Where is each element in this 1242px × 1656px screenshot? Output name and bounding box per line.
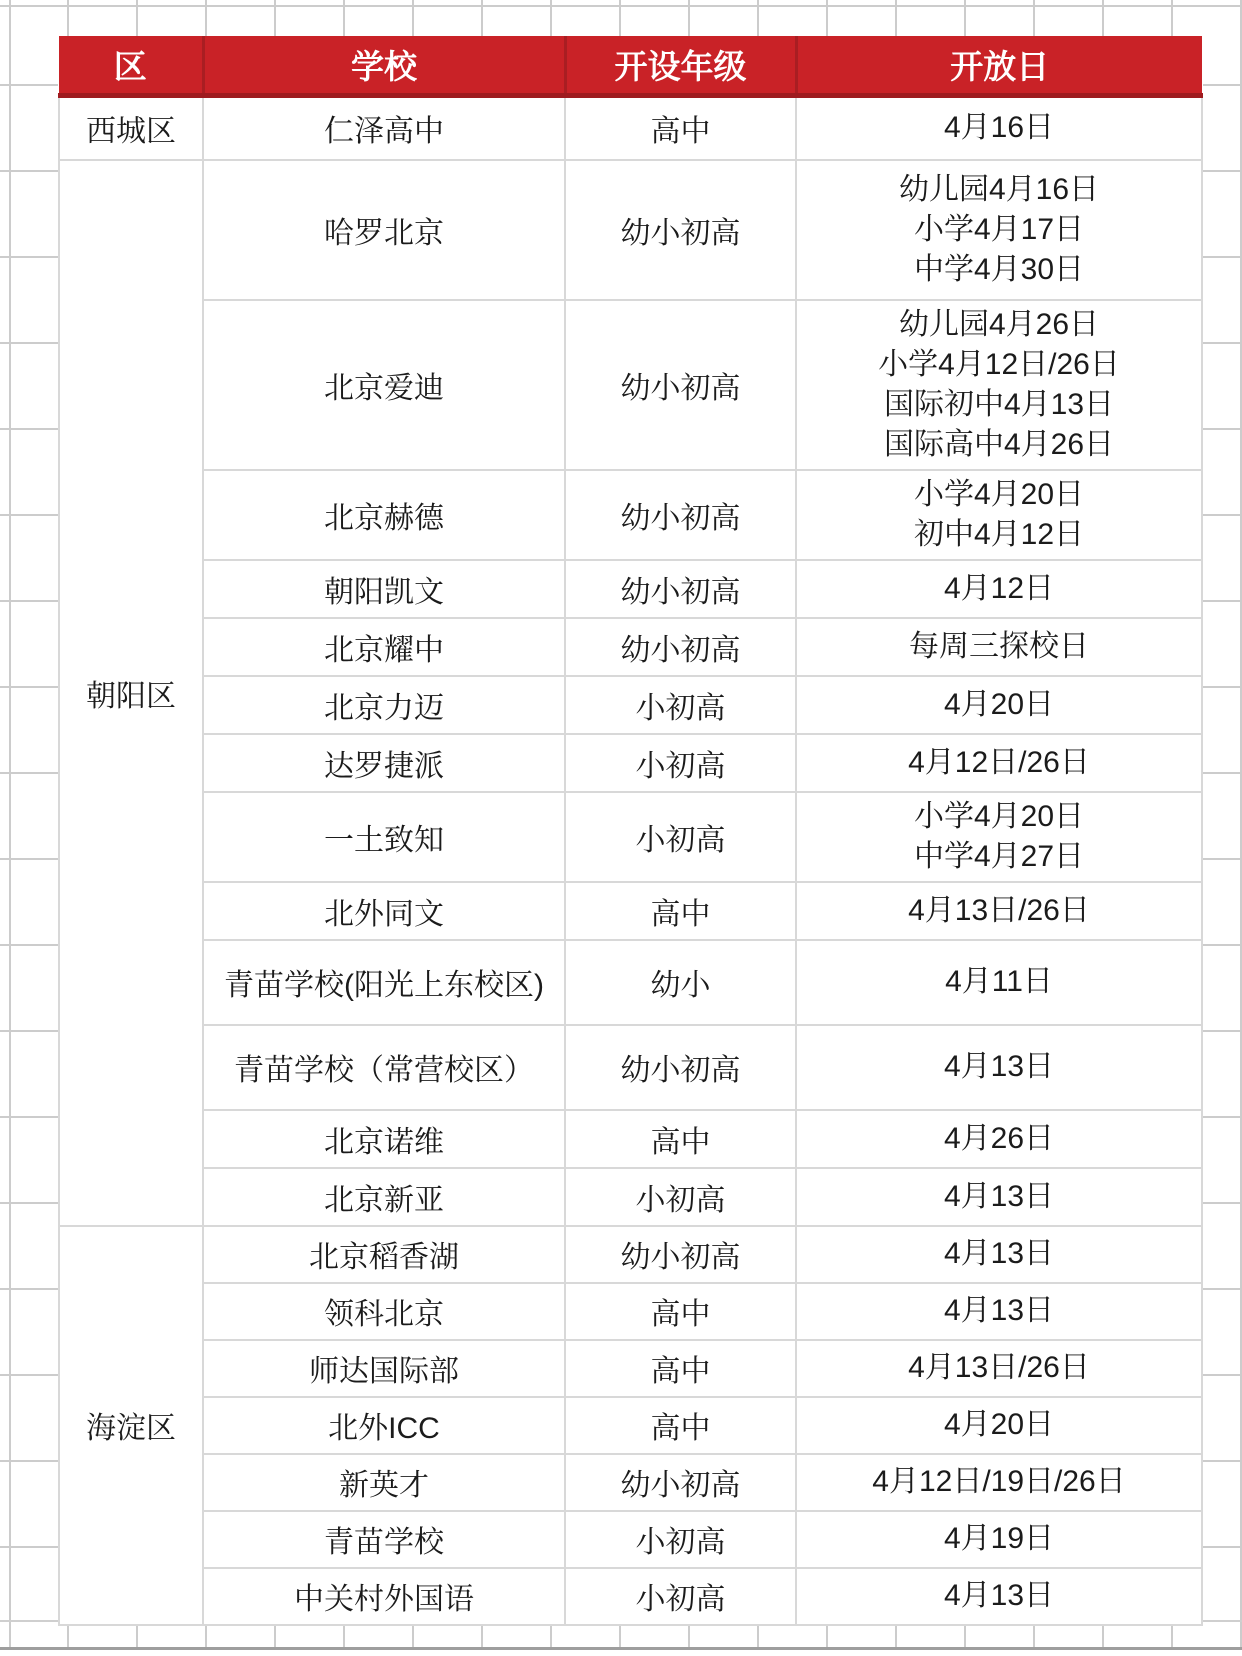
school-cell: 哈罗北京 xyxy=(203,160,565,300)
grades-cell: 小初高 xyxy=(565,1168,796,1226)
dates-cell: 4月12日 xyxy=(796,560,1202,618)
grades-cell: 小初高 xyxy=(565,734,796,792)
spreadsheet-grid-top-line xyxy=(0,5,1242,7)
dates-cell: 4月13日/26日 xyxy=(796,1340,1202,1397)
dates-cell: 4月13日 xyxy=(796,1025,1202,1110)
school-cell: 北京诺维 xyxy=(203,1110,565,1168)
grades-cell: 幼小初高 xyxy=(565,300,796,470)
grades-cell: 高中 xyxy=(565,1340,796,1397)
school-cell: 北京新亚 xyxy=(203,1168,565,1226)
table-row: 达罗捷派 小初高 4月12日/26日 xyxy=(59,734,1202,792)
grades-cell: 幼小初高 xyxy=(565,160,796,300)
school-cell: 朝阳凯文 xyxy=(203,560,565,618)
table-row: 北京新亚 小初高 4月13日 xyxy=(59,1168,1202,1226)
school-cell: 新英才 xyxy=(203,1454,565,1511)
district-cell: 朝阳区 xyxy=(59,160,203,1226)
dates-cell: 4月13日 xyxy=(796,1226,1202,1283)
dates-cell: 4月12日/19日/26日 xyxy=(796,1454,1202,1511)
table-row: 朝阳区 哈罗北京 幼小初高 幼儿园4月16日 小学4月17日 中学4月30日 xyxy=(59,160,1202,300)
table-row: 一土致知 小初高 小学4月20日 中学4月27日 xyxy=(59,792,1202,882)
school-open-day-table-container: 区 学校 开设年级 开放日 西城区 仁泽高中 高中 4月16日 朝阳区 哈罗北京… xyxy=(58,36,1203,1626)
table-row: 北外同文 高中 4月13日/26日 xyxy=(59,882,1202,940)
grades-cell: 小初高 xyxy=(565,792,796,882)
grades-cell: 幼小初高 xyxy=(565,1226,796,1283)
school-cell: 北外同文 xyxy=(203,882,565,940)
dates-cell: 小学4月20日 初中4月12日 xyxy=(796,470,1202,560)
header-row: 区 学校 开设年级 开放日 xyxy=(59,36,1202,96)
dates-cell: 4月13日 xyxy=(796,1283,1202,1340)
column-header-school: 学校 xyxy=(203,36,565,96)
school-cell: 中关村外国语 xyxy=(203,1568,565,1625)
school-cell: 青苗学校(阳光上东校区) xyxy=(203,940,565,1025)
table-row: 西城区 仁泽高中 高中 4月16日 xyxy=(59,96,1202,160)
grades-cell: 小初高 xyxy=(565,1511,796,1568)
table-row: 北外ICC 高中 4月20日 xyxy=(59,1397,1202,1454)
grades-cell: 高中 xyxy=(565,96,796,160)
table-row: 青苗学校 小初高 4月19日 xyxy=(59,1511,1202,1568)
table-row: 青苗学校(阳光上东校区) 幼小 4月11日 xyxy=(59,940,1202,1025)
table-row: 领科北京 高中 4月13日 xyxy=(59,1283,1202,1340)
school-cell: 青苗学校（常营校区） xyxy=(203,1025,565,1110)
table-row: 北京诺维 高中 4月26日 xyxy=(59,1110,1202,1168)
dates-cell: 4月20日 xyxy=(796,1397,1202,1454)
dates-cell: 幼儿园4月26日 小学4月12日/26日 国际初中4月13日 国际高中4月26日 xyxy=(796,300,1202,470)
table-row: 北京耀中 幼小初高 每周三探校日 xyxy=(59,618,1202,676)
dates-cell: 4月26日 xyxy=(796,1110,1202,1168)
grades-cell: 小初高 xyxy=(565,1568,796,1625)
school-cell: 一土致知 xyxy=(203,792,565,882)
grades-cell: 幼小初高 xyxy=(565,1454,796,1511)
grades-cell: 高中 xyxy=(565,1283,796,1340)
column-header-open-day: 开放日 xyxy=(796,36,1202,96)
column-header-district: 区 xyxy=(59,36,203,96)
school-cell: 北京赫德 xyxy=(203,470,565,560)
school-cell: 北京爱迪 xyxy=(203,300,565,470)
dates-cell: 4月11日 xyxy=(796,940,1202,1025)
table-row: 北京爱迪 幼小初高 幼儿园4月26日 小学4月12日/26日 国际初中4月13日… xyxy=(59,300,1202,470)
grades-cell: 幼小初高 xyxy=(565,470,796,560)
dates-cell: 4月19日 xyxy=(796,1511,1202,1568)
grades-cell: 幼小初高 xyxy=(565,1025,796,1110)
grades-cell: 幼小初高 xyxy=(565,618,796,676)
grades-cell: 高中 xyxy=(565,1110,796,1168)
dates-cell: 4月13日 xyxy=(796,1568,1202,1625)
table-row: 海淀区 北京稻香湖 幼小初高 4月13日 xyxy=(59,1226,1202,1283)
district-cell: 西城区 xyxy=(59,96,203,160)
grades-cell: 高中 xyxy=(565,882,796,940)
dates-cell: 4月13日 xyxy=(796,1168,1202,1226)
school-cell: 北京耀中 xyxy=(203,618,565,676)
dates-cell: 4月20日 xyxy=(796,676,1202,734)
grades-cell: 幼小初高 xyxy=(565,560,796,618)
school-cell: 达罗捷派 xyxy=(203,734,565,792)
table-row: 师达国际部 高中 4月13日/26日 xyxy=(59,1340,1202,1397)
grades-cell: 幼小 xyxy=(565,940,796,1025)
grades-cell: 小初高 xyxy=(565,676,796,734)
table-row: 青苗学校（常营校区） 幼小初高 4月13日 xyxy=(59,1025,1202,1110)
dates-cell: 4月12日/26日 xyxy=(796,734,1202,792)
school-cell: 师达国际部 xyxy=(203,1340,565,1397)
spreadsheet-grid-left-line xyxy=(9,0,11,1648)
dates-cell: 4月16日 xyxy=(796,96,1202,160)
school-cell: 北京力迈 xyxy=(203,676,565,734)
table-row: 北京赫德 幼小初高 小学4月20日 初中4月12日 xyxy=(59,470,1202,560)
dates-cell: 小学4月20日 中学4月27日 xyxy=(796,792,1202,882)
district-cell: 海淀区 xyxy=(59,1226,203,1625)
school-cell: 仁泽高中 xyxy=(203,96,565,160)
table-row: 中关村外国语 小初高 4月13日 xyxy=(59,1568,1202,1625)
dates-cell: 幼儿园4月16日 小学4月17日 中学4月30日 xyxy=(796,160,1202,300)
table-row: 朝阳凯文 幼小初高 4月12日 xyxy=(59,560,1202,618)
dates-cell: 每周三探校日 xyxy=(796,618,1202,676)
grades-cell: 高中 xyxy=(565,1397,796,1454)
school-cell: 领科北京 xyxy=(203,1283,565,1340)
school-cell: 北外ICC xyxy=(203,1397,565,1454)
school-cell: 青苗学校 xyxy=(203,1511,565,1568)
school-open-day-table: 区 学校 开设年级 开放日 西城区 仁泽高中 高中 4月16日 朝阳区 哈罗北京… xyxy=(58,36,1203,1626)
school-cell: 北京稻香湖 xyxy=(203,1226,565,1283)
dates-cell: 4月13日/26日 xyxy=(796,882,1202,940)
column-header-grades: 开设年级 xyxy=(565,36,796,96)
table-row: 新英才 幼小初高 4月12日/19日/26日 xyxy=(59,1454,1202,1511)
table-row: 北京力迈 小初高 4月20日 xyxy=(59,676,1202,734)
